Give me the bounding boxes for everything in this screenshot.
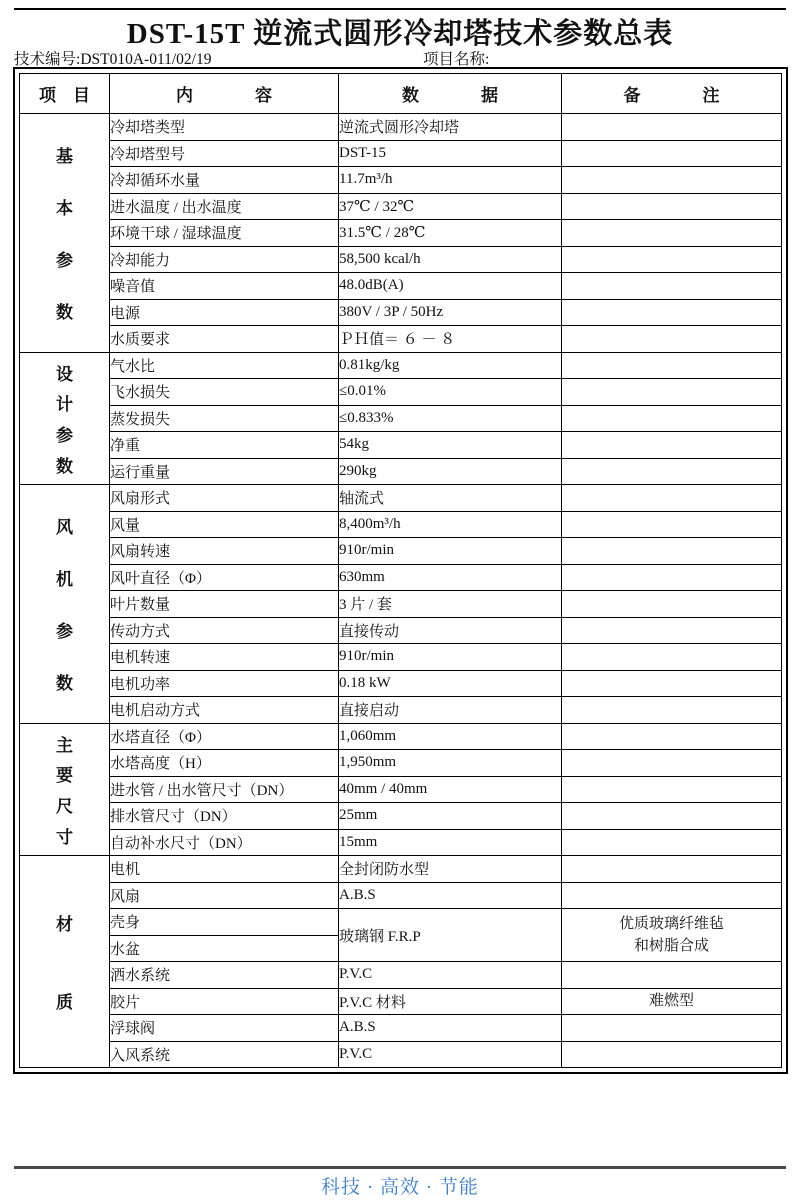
content-cell: 蒸发损失 [110,405,339,432]
table-row: 电机转速910r/min [20,644,782,671]
data-cell: 0.81kg/kg [339,352,562,379]
remark-cell [562,458,782,485]
content-cell: 进水管 / 出水管尺寸（DN） [110,776,339,803]
section-label-cell: 材质 [20,856,110,1068]
section-label-cell: 风机参数 [20,485,110,724]
section-label-cell: 设计参数 [20,352,110,485]
remark-cell [562,1041,782,1068]
data-cell: 40mm / 40mm [339,776,562,803]
table-row: 主要尺寸水塔直径（Φ）1,060mm [20,723,782,750]
table-row: 冷却能力58,500 kcal/h [20,246,782,273]
table-row: 蒸发损失≤0.833% [20,405,782,432]
table-row: 电机启动方式直接启动 [20,697,782,724]
content-cell: 风叶直径（Φ） [110,564,339,591]
remark-cell [562,511,782,538]
data-cell: 0.18 kW [339,670,562,697]
table-row: 水质要求ＰＨ值＝ ６ － ８ [20,326,782,353]
data-cell: 8,400m³/h [339,511,562,538]
content-cell: 电机 [110,856,339,883]
tech-number-value: DST010A-011/02/19 [80,51,211,68]
table-row: 设计参数气水比0.81kg/kg [20,352,782,379]
tech-number-label: 技术编号: [14,51,80,68]
content-cell: 冷却循环水量 [110,167,339,194]
data-cell: 11.7m³/h [339,167,562,194]
data-cell: 380V / 3P / 50Hz [339,299,562,326]
table-row: 噪音值48.0dB(A) [20,273,782,300]
data-cell: 48.0dB(A) [339,273,562,300]
content-cell: 自动补水尺寸（DN） [110,829,339,856]
remark-cell [562,962,782,989]
table-row: 电源380V / 3P / 50Hz [20,299,782,326]
remark-cell [562,750,782,777]
remark-cell [562,803,782,830]
content-cell: 传动方式 [110,617,339,644]
table-row: 净重54kg [20,432,782,459]
table-row: 壳身玻璃钢 F.R.P优质玻璃纤维毡和树脂合成 [20,909,782,936]
table-row: 冷却循环水量11.7m³/h [20,167,782,194]
content-cell: 风扇 [110,882,339,909]
table-row: 进水温度 / 出水温度37℃ / 32℃ [20,193,782,220]
content-cell: 风扇转速 [110,538,339,565]
content-cell: 电机启动方式 [110,697,339,724]
content-cell: 水质要求 [110,326,339,353]
remark-cell [562,617,782,644]
content-cell: 运行重量 [110,458,339,485]
remark-cell [562,220,782,247]
content-cell: 电源 [110,299,339,326]
table-row: 风扇转速910r/min [20,538,782,565]
table-row: 自动补水尺寸（DN）15mm [20,829,782,856]
table-row: 材质电机全封闭防水型 [20,856,782,883]
data-cell: 1,950mm [339,750,562,777]
data-cell: 玻璃钢 F.R.P [339,909,562,962]
table-row: 浮球阀A.B.S [20,1015,782,1042]
meta-row: 技术编号:DST010A-011/02/19 项目名称: [14,47,786,67]
remark-cell [562,776,782,803]
data-cell: 290kg [339,458,562,485]
content-cell: 进水温度 / 出水温度 [110,193,339,220]
content-cell: 净重 [110,432,339,459]
table-row: 水塔高度（H）1,950mm [20,750,782,777]
table-row: 排水管尺寸（DN）25mm [20,803,782,830]
table-row: 风扇A.B.S [20,882,782,909]
remark-cell: 优质玻璃纤维毡和树脂合成 [562,909,782,962]
data-cell: 轴流式 [339,485,562,512]
document-page: DST-15T 逆流式圆形冷却塔技术参数总表 技术编号:DST010A-011/… [0,0,800,1200]
data-cell: 31.5℃ / 28℃ [339,220,562,247]
data-cell: P.V.C [339,1041,562,1068]
remark-cell [562,140,782,167]
data-cell: 630mm [339,564,562,591]
remark-cell [562,114,782,141]
table-row: 风量8,400m³/h [20,511,782,538]
table-row: 入风系统P.V.C [20,1041,782,1068]
data-cell: 直接启动 [339,697,562,724]
table-row: 基本参数冷却塔类型逆流式圆形冷却塔 [20,114,782,141]
remark-cell [562,405,782,432]
remark-cell [562,352,782,379]
remark-cell [562,697,782,724]
remark-cell [562,856,782,883]
content-cell: 冷却塔型号 [110,140,339,167]
remark-cell [562,167,782,194]
spec-table-frame: 项目内容数据备注基本参数冷却塔类型逆流式圆形冷却塔冷却塔型号DST-15冷却循环… [13,67,788,1074]
content-cell: 气水比 [110,352,339,379]
data-cell: 1,060mm [339,723,562,750]
remark-cell: 难燃型 [562,988,782,1015]
data-cell: P.V.C 材料 [339,988,562,1015]
content-cell: 水塔高度（H） [110,750,339,777]
data-cell: 逆流式圆形冷却塔 [339,114,562,141]
footer-slogan: 科技 · 高效 · 节能 [0,1172,800,1199]
data-cell: A.B.S [339,882,562,909]
table-row: 风叶直径（Φ）630mm [20,564,782,591]
content-cell: 冷却塔类型 [110,114,339,141]
table-row: 洒水系统P.V.C [20,962,782,989]
content-cell: 冷却能力 [110,246,339,273]
table-row: 电机功率0.18 kW [20,670,782,697]
table-row: 冷却塔型号DST-15 [20,140,782,167]
spec-table: 项目内容数据备注基本参数冷却塔类型逆流式圆形冷却塔冷却塔型号DST-15冷却循环… [19,73,782,1068]
data-cell: P.V.C [339,962,562,989]
remark-cell [562,670,782,697]
remark-cell [562,1015,782,1042]
data-cell: 910r/min [339,538,562,565]
remark-cell [562,485,782,512]
content-cell: 胶片 [110,988,339,1015]
section-label-cell: 主要尺寸 [20,723,110,856]
data-cell: 25mm [339,803,562,830]
content-cell: 浮球阀 [110,1015,339,1042]
content-cell: 电机转速 [110,644,339,671]
remark-cell [562,723,782,750]
content-cell: 噪音值 [110,273,339,300]
content-cell: 壳身 [110,909,339,936]
remark-cell [562,591,782,618]
content-cell: 排水管尺寸（DN） [110,803,339,830]
column-header-cell: 数据 [339,74,562,114]
remark-cell [562,326,782,353]
column-header-cell: 备注 [562,74,782,114]
data-cell: 全封闭防水型 [339,856,562,883]
content-cell: 电机功率 [110,670,339,697]
data-cell: 910r/min [339,644,562,671]
content-cell: 洒水系统 [110,962,339,989]
content-cell: 风扇形式 [110,485,339,512]
table-row: 风机参数风扇形式轴流式 [20,485,782,512]
project-name-label: 项目名称: [423,47,489,69]
data-cell: ≤0.833% [339,405,562,432]
content-cell: 入风系统 [110,1041,339,1068]
remark-cell [562,882,782,909]
content-cell: 水塔直径（Φ） [110,723,339,750]
page-title: DST-15T 逆流式圆形冷却塔技术参数总表 [0,11,800,52]
data-cell: 58,500 kcal/h [339,246,562,273]
remark-cell [562,644,782,671]
content-cell: 水盆 [110,935,339,962]
data-cell: ≤0.01% [339,379,562,406]
table-row: 胶片P.V.C 材料难燃型 [20,988,782,1015]
remark-cell [562,379,782,406]
content-cell: 风量 [110,511,339,538]
data-cell: A.B.S [339,1015,562,1042]
remark-cell [562,273,782,300]
remark-cell [562,538,782,565]
table-row: 环境干球 / 湿球温度31.5℃ / 28℃ [20,220,782,247]
column-header-cell: 内容 [110,74,339,114]
data-cell: ＰＨ值＝ ６ － ８ [339,326,562,353]
table-row: 运行重量290kg [20,458,782,485]
data-cell: 直接传动 [339,617,562,644]
table-row: 进水管 / 出水管尺寸（DN）40mm / 40mm [20,776,782,803]
table-row: 传动方式直接传动 [20,617,782,644]
section-label-cell: 基本参数 [20,114,110,353]
data-cell: 37℃ / 32℃ [339,193,562,220]
data-cell: 54kg [339,432,562,459]
remark-cell [562,432,782,459]
table-row: 飞水损失≤0.01% [20,379,782,406]
remark-cell [562,246,782,273]
data-cell: 3 片 / 套 [339,591,562,618]
content-cell: 叶片数量 [110,591,339,618]
top-divider [14,8,786,10]
remark-cell [562,193,782,220]
data-cell: 15mm [339,829,562,856]
footer-divider [14,1166,786,1169]
table-row: 叶片数量3 片 / 套 [20,591,782,618]
table-header-row: 项目内容数据备注 [20,74,782,114]
content-cell: 飞水损失 [110,379,339,406]
column-header-cell: 项目 [20,74,110,114]
data-cell: DST-15 [339,140,562,167]
remark-cell [562,829,782,856]
remark-cell [562,564,782,591]
content-cell: 环境干球 / 湿球温度 [110,220,339,247]
remark-cell [562,299,782,326]
